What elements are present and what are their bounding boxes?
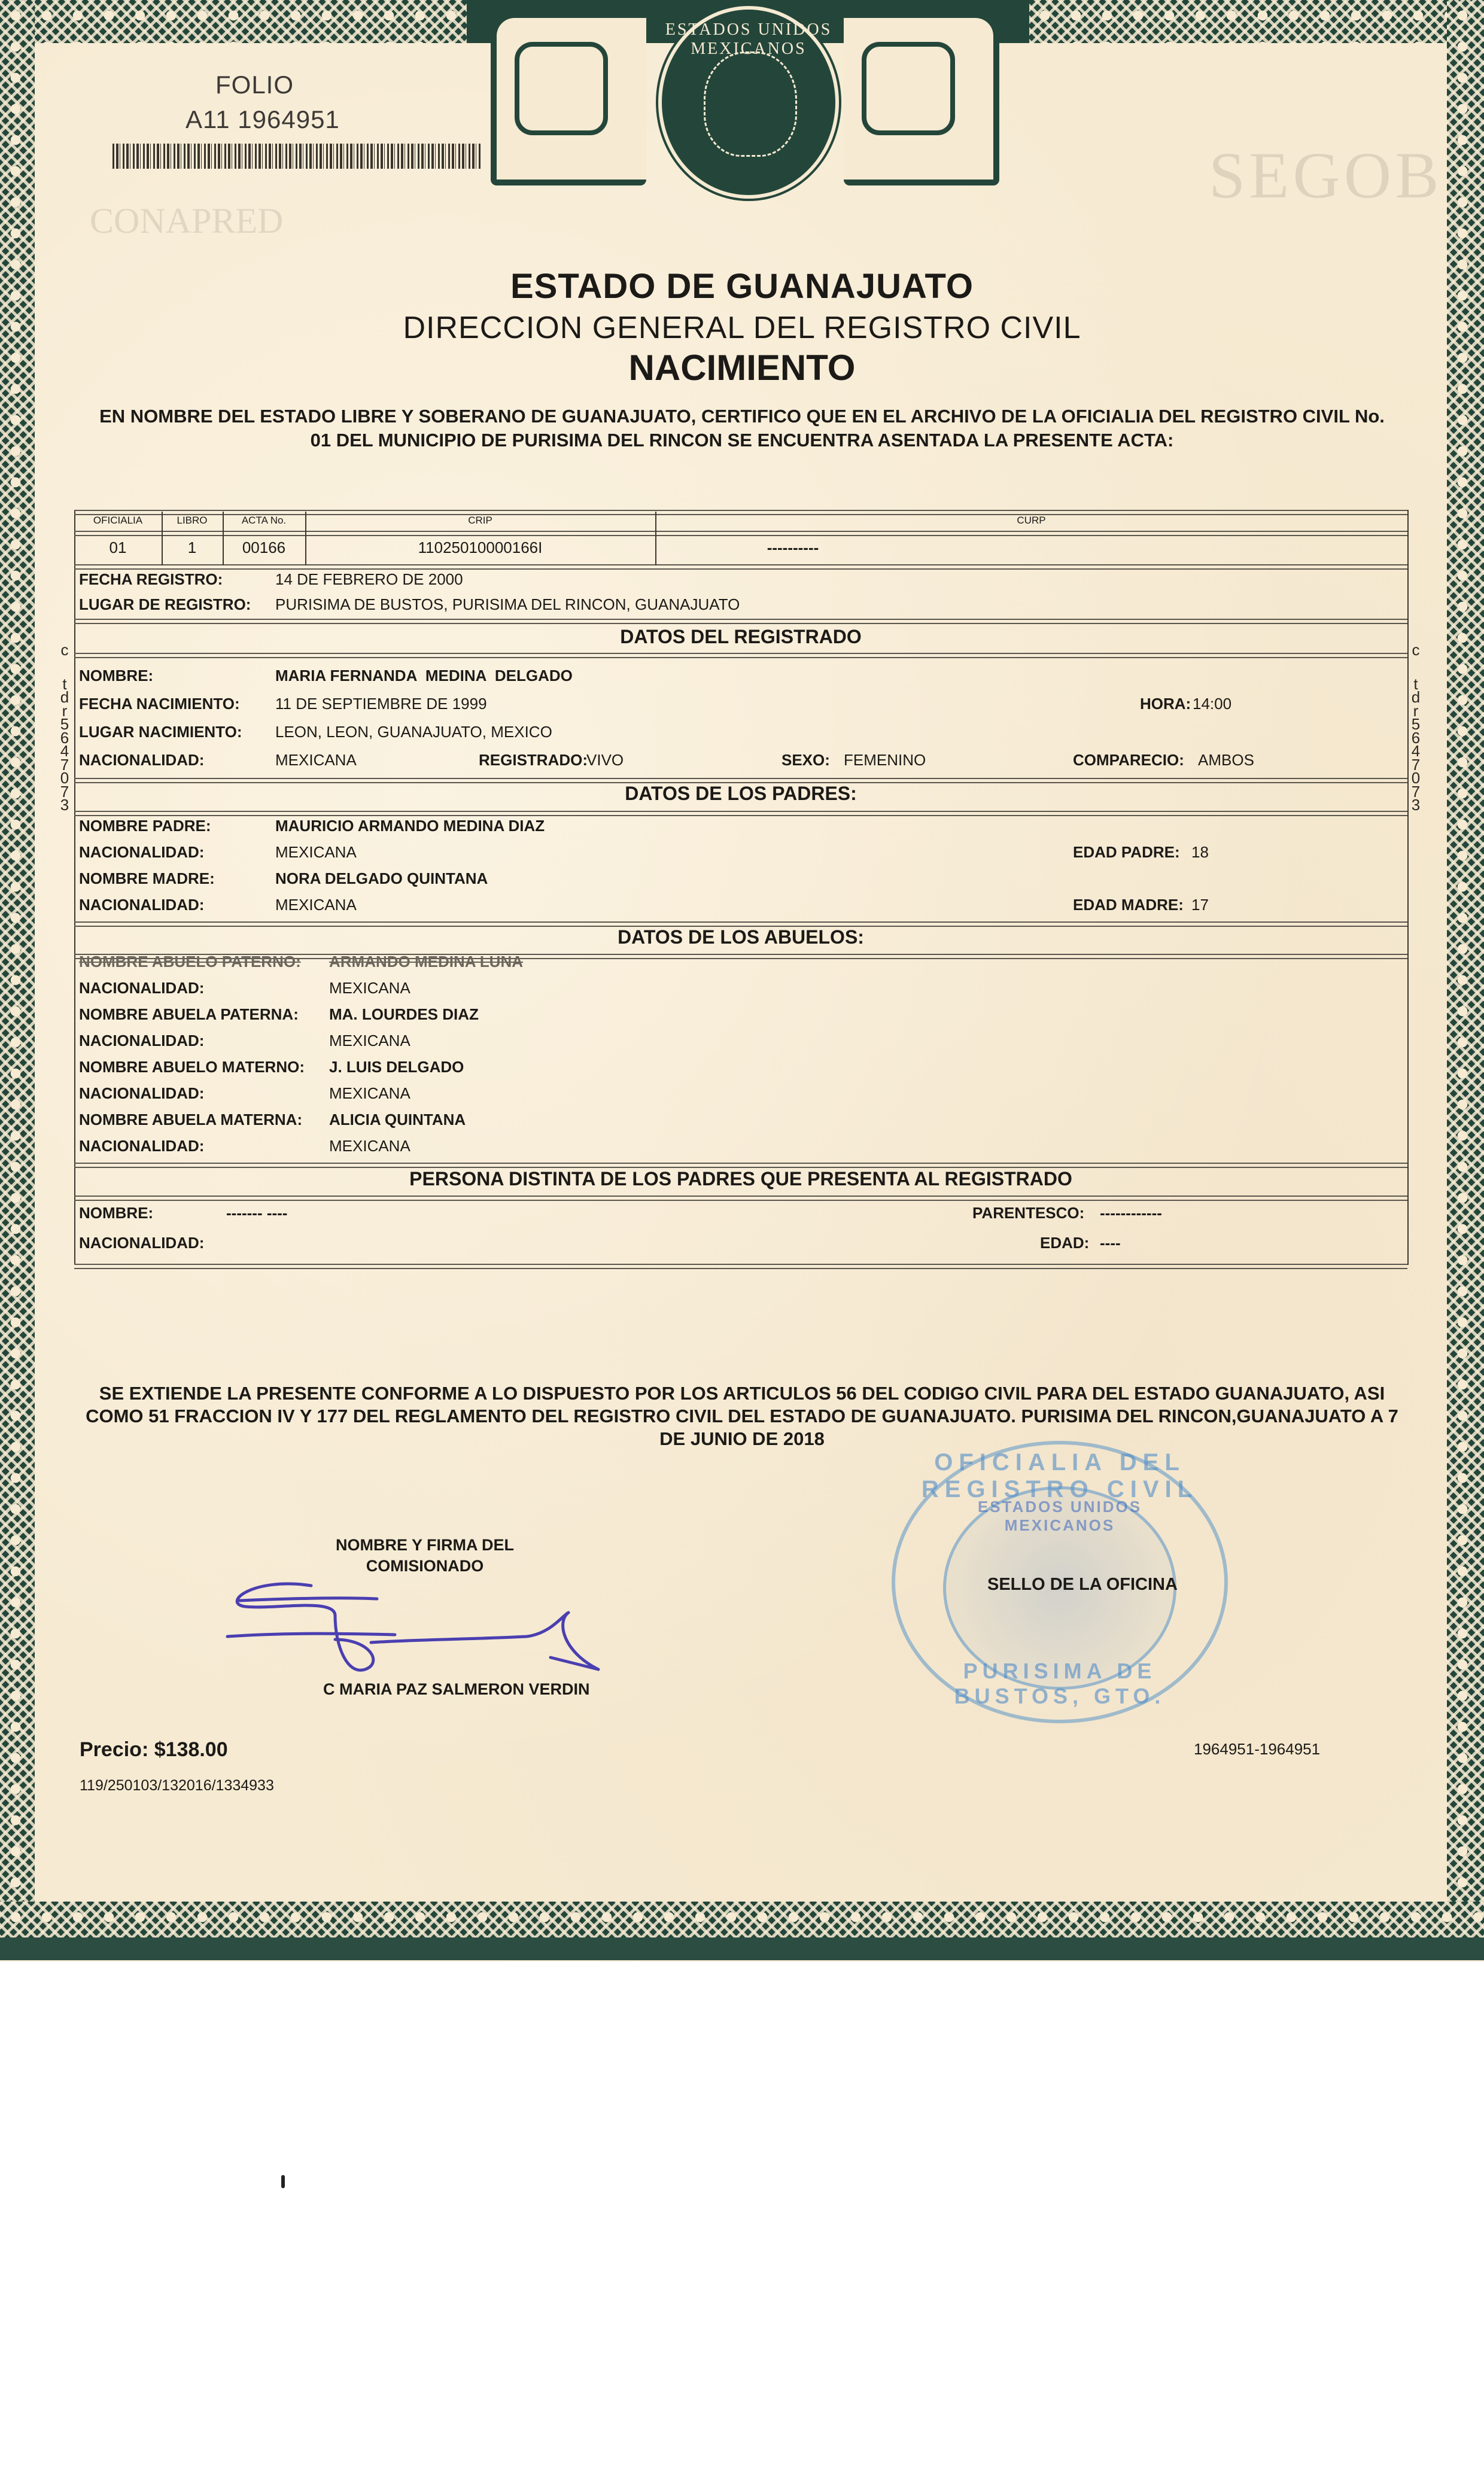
national-seal-icon: ESTADOS UNIDOS MEXICANOS <box>658 6 839 199</box>
oficialia-value: 01 <box>74 539 162 557</box>
rule <box>74 619 1407 624</box>
abuelos-value: MEXICANA <box>329 1032 410 1050</box>
section-abuelos: DATOS DE LOS ABUELOS: <box>74 926 1407 948</box>
edad-madre-value: 17 <box>1191 896 1209 914</box>
agency-title: DIRECCION GENERAL DEL REGISTRO CIVIL <box>0 310 1484 346</box>
hora-value: 14:00 <box>1193 695 1231 713</box>
side-code-right: ctdr5647073 <box>1410 643 1422 812</box>
curp-value: ---------- <box>655 539 930 557</box>
comparecio-value: AMBOS <box>1198 751 1254 769</box>
col-header-oficialia: OFICIALIA <box>74 515 162 527</box>
nombre-value: MARIA FERNANDA MEDINA DELGADO <box>275 667 573 685</box>
presentante-edad-value: ---- <box>1100 1234 1121 1252</box>
side-code-char: 3 <box>1410 798 1422 812</box>
abuelos-label: NACIONALIDAD: <box>79 1084 204 1103</box>
madre-label: NOMBRE MADRE: <box>79 869 215 888</box>
reference-number: 119/250103/132016/1334933 <box>80 1777 274 1794</box>
folio-range: 1964951-1964951 <box>1194 1740 1320 1759</box>
sexo-value: FEMENINO <box>844 751 926 769</box>
padre-value: MAURICIO ARMANDO MEDINA DIAZ <box>275 817 545 835</box>
hora-label: HORA: <box>1140 695 1191 713</box>
signature-icon <box>215 1580 634 1681</box>
abuelos-label: NACIONALIDAD: <box>79 1032 204 1050</box>
col-header-acta: ACTA No. <box>223 515 305 527</box>
abuelos-label: NOMBRE ABUELA PATERNA: <box>79 1005 299 1024</box>
nombre-label: NOMBRE: <box>79 667 153 685</box>
edad-padre-value: 18 <box>1191 843 1209 862</box>
side-code-char: c <box>59 643 71 657</box>
abuelos-label: NOMBRE ABUELO MATERNO: <box>79 1058 305 1076</box>
nacionalidad-label: NACIONALIDAD: <box>79 751 204 769</box>
rule <box>74 811 1407 816</box>
padre-label: NOMBRE PADRE: <box>79 817 211 835</box>
abuelos-label: NOMBRE ABUELA MATERNA: <box>79 1111 302 1129</box>
col-header-crip: CRIP <box>305 515 655 527</box>
abuelos-value: MEXICANA <box>329 1137 410 1155</box>
stamp-inner-text: ESTADOS UNIDOS MEXICANOS <box>946 1498 1173 1535</box>
scan-speck <box>281 2175 285 2188</box>
side-code-char: 3 <box>59 798 71 812</box>
segob-watermark: SEGOB <box>1209 138 1443 214</box>
lugar-nacimiento-label: LUGAR NACIMIENTO: <box>79 723 242 741</box>
presentante-nombre-label: NOMBRE: <box>79 1204 153 1222</box>
state-title: ESTADO DE GUANAJUATO <box>0 266 1484 306</box>
sello-label: SELLO DE LA OFICINA <box>987 1575 1178 1595</box>
conapred-watermark: CONAPRED <box>90 200 283 242</box>
abuelos-label: NACIONALIDAD: <box>79 979 204 997</box>
parentesco-value: ------------ <box>1100 1204 1162 1222</box>
firma-label: NOMBRE Y FIRMA DEL COMISIONADO <box>335 1535 515 1577</box>
madre-nacionalidad-label: NACIONALIDAD: <box>79 896 204 914</box>
ornament-scroll-right-icon <box>844 12 999 185</box>
acta-value: 00166 <box>223 539 305 557</box>
registrado-label: REGISTRADO: <box>479 751 588 769</box>
section-registrado: DATOS DEL REGISTRADO <box>74 626 1407 648</box>
abuelos-label: NOMBRE ABUELO PATERNO: <box>79 953 301 971</box>
section-padres: DATOS DE LOS PADRES: <box>74 783 1407 805</box>
libro-value: 1 <box>162 539 223 557</box>
lugar-registro-label: LUGAR DE REGISTRO: <box>79 595 251 614</box>
col-header-curp: CURP <box>655 515 1407 527</box>
side-code-left: ctdr5647073 <box>59 643 71 812</box>
stamp-bottom-text: PURISIMA DE BUSTOS, GTO. <box>895 1659 1224 1709</box>
edad-padre-label: EDAD PADRE: <box>1073 843 1180 862</box>
sexo-label: SEXO: <box>781 751 830 769</box>
legal-text: SE EXTIENDE LA PRESENTE CONFORME A LO DI… <box>78 1382 1406 1450</box>
abuelos-value: J. LUIS DELGADO <box>329 1058 464 1076</box>
presentante-nombre-value: ------- ---- <box>226 1204 287 1222</box>
abuelos-value: MEXICANA <box>329 979 410 997</box>
document-type-title: NACIMIENTO <box>0 347 1484 388</box>
padre-nacionalidad-value: MEXICANA <box>275 843 357 862</box>
rule <box>74 564 1407 570</box>
presentante-nacionalidad-label: NACIONALIDAD: <box>79 1234 204 1252</box>
fecha-nacimiento-label: FECHA NACIMIENTO: <box>79 695 240 713</box>
nacionalidad-value: MEXICANA <box>275 751 357 769</box>
abuelos-value: MA. LOURDES DIAZ <box>329 1005 479 1024</box>
parentesco-label: PARENTESCO: <box>972 1204 1084 1222</box>
madre-value: NORA DELGADO QUINTANA <box>275 869 488 888</box>
lugar-registro-value: PURISIMA DE BUSTOS, PURISIMA DEL RINCON,… <box>275 595 740 614</box>
border-top-right <box>1029 0 1484 43</box>
fecha-registro-value: 14 DE FEBRERO DE 2000 <box>275 570 463 589</box>
crip-value: 11025010000166I <box>305 539 655 557</box>
rule <box>74 1163 1407 1168</box>
rule <box>74 653 1407 658</box>
folio-label: FOLIO <box>215 71 294 99</box>
abuelos-label: NACIONALIDAD: <box>79 1137 204 1155</box>
abuelos-value: ALICIA QUINTANA <box>329 1111 466 1129</box>
border-bottom-band <box>0 1937 1484 1960</box>
madre-nacionalidad-value: MEXICANA <box>275 896 357 914</box>
rule <box>74 531 1407 536</box>
rule <box>74 1264 1407 1269</box>
abuelos-value: MEXICANA <box>329 1084 410 1103</box>
rule <box>74 1196 1407 1201</box>
border-top-left <box>0 0 467 43</box>
official-name: C MARIA PAZ SALMERON VERDIN <box>323 1680 590 1699</box>
barcode-icon <box>112 144 482 169</box>
side-code-char: c <box>1410 643 1422 657</box>
fecha-nacimiento-value: 11 DE SEPTIEMBRE DE 1999 <box>275 695 487 713</box>
eagle-icon <box>704 51 797 157</box>
fecha-registro-label: FECHA REGISTRO: <box>79 570 223 589</box>
price: Precio: $138.00 <box>80 1738 228 1762</box>
col-header-libro: LIBRO <box>162 515 223 527</box>
registrado-value: VIVO <box>586 751 624 769</box>
section-presentante: PERSONA DISTINTA DE LOS PADRES QUE PRESE… <box>74 1168 1407 1190</box>
presentante-edad-label: EDAD: <box>1040 1234 1089 1252</box>
padre-nacionalidad-label: NACIONALIDAD: <box>79 843 204 862</box>
lugar-nacimiento-value: LEON, LEON, GUANAJUATO, MEXICO <box>275 723 552 741</box>
ornament-scroll-left-icon <box>491 12 646 185</box>
folio-number: A11 1964951 <box>185 105 340 134</box>
certification-text: EN NOMBRE DEL ESTADO LIBRE Y SOBERANO DE… <box>96 404 1388 452</box>
abuelos-value: ARMANDO MEDINA LUNA <box>329 953 523 971</box>
edad-madre-label: EDAD MADRE: <box>1073 896 1184 914</box>
comparecio-label: COMPARECIO: <box>1073 751 1184 769</box>
border-bottom <box>0 1902 1484 1939</box>
